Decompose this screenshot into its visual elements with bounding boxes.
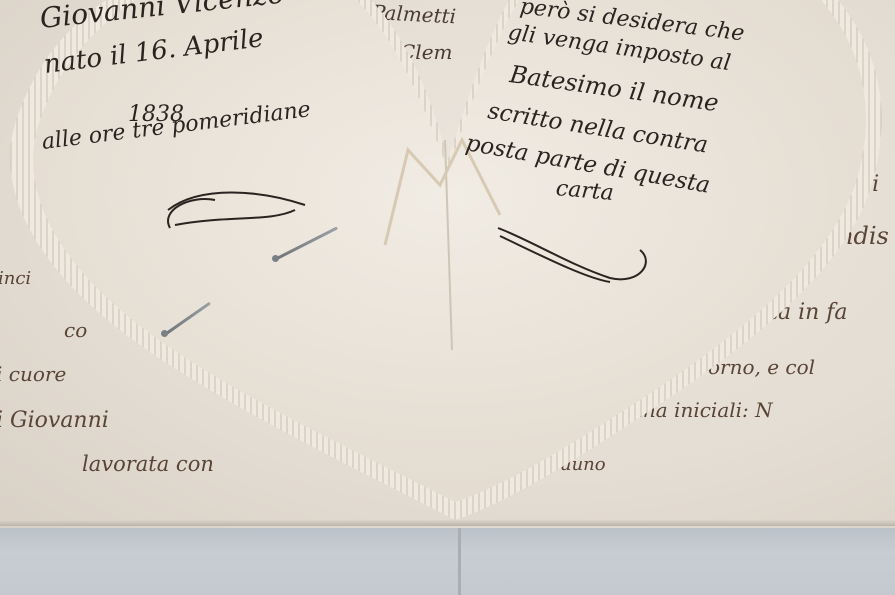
blue-gray-backdrop [0,525,895,595]
fringed-paper-heart [0,0,895,528]
photo-scene: Palmetti Clem inci co i cuore i Giovanni… [0,0,895,595]
pin-upper-head [272,255,279,262]
pin-lower-head [161,330,168,337]
backdrop-fold-line [458,525,461,595]
heart-right-line-6: carta [555,176,615,206]
